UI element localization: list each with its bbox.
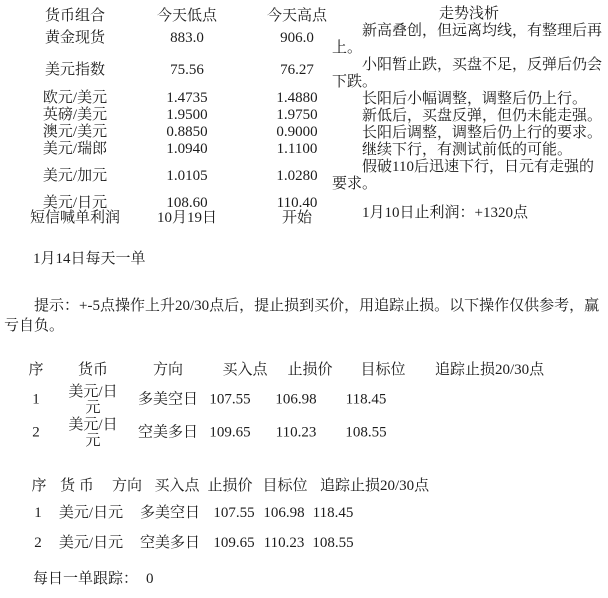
order-stop: 110.23 — [264, 535, 305, 552]
order-seq: 1 — [32, 392, 40, 409]
pair-low: 1.4735 — [166, 90, 207, 107]
order-table-header-row: 序 货币 方向 买入点 止损价 目标位 追踪止损20/30点 — [0, 362, 608, 379]
header-target: 目标位 — [262, 478, 307, 495]
pair-name: 美元/瑞郎 — [43, 141, 107, 158]
order-direction: 多美空日 — [138, 392, 198, 409]
pair-high: 1.1100 — [277, 141, 318, 158]
order-stop: 110.23 — [276, 425, 317, 442]
analysis-gold: 新高叠创，但远离均线，有整理后再上。 — [332, 23, 606, 57]
trend-analysis-column: 走势浅析 新高叠创，但远离均线，有整理后再上。 小阳暂止跌，买盘不足，反弹后仍会… — [332, 6, 606, 222]
header-currency: 货 币 — [60, 478, 94, 495]
analysis-gbpusd: 新低后，买盘反弹，但仍未能走强。 — [332, 108, 606, 125]
pair-low: 883.0 — [170, 30, 204, 47]
order-seq: 2 — [34, 535, 42, 552]
order-entry: 107.55 — [213, 505, 254, 522]
header-stop: 止损价 — [287, 362, 332, 379]
pair-high: 1.0280 — [276, 168, 317, 185]
table-row: 1 美元/日元 多美空日 107.55 106.98 118.45 — [0, 383, 608, 417]
tracking-value: 0 — [146, 571, 154, 587]
analysis-title: 走势浅析 — [332, 6, 606, 23]
pair-low: 0.8850 — [166, 124, 207, 141]
table-row: 1 美元/日元 多美空日 107.55 106.98 118.45 — [0, 505, 608, 522]
analysis-usdchf: 继续下行，有测试前低的可能。 — [332, 142, 606, 159]
table-row: 短信喊单利润 10月19日 开始 — [0, 210, 332, 227]
table-row: 英磅/美元 1.9500 1.9750 — [0, 107, 332, 124]
order-currency: 美元/日元 — [64, 417, 122, 449]
analysis-eurusd: 长阳后小幅调整，调整后仍上行。 — [332, 91, 606, 108]
header-pair: 货币组合 — [45, 8, 105, 25]
pair-high: 1.9750 — [276, 107, 317, 124]
order-entry: 109.65 — [213, 535, 254, 552]
header-stop: 止损价 — [207, 478, 252, 495]
daily-tracking-line: 每日一单跟踪：0 — [33, 571, 154, 588]
order-entry: 107.55 — [209, 392, 250, 409]
header-entry: 买入点 — [222, 362, 267, 379]
pair-low: 1.9500 — [166, 107, 207, 124]
header-today-low: 今天低点 — [157, 8, 217, 25]
order-currency: 美元/日元 — [64, 384, 122, 416]
header-seq: 序 — [28, 362, 43, 379]
order-stop: 106.98 — [263, 505, 304, 522]
header-direction: 方向 — [112, 478, 142, 495]
pair-name: 英磅/美元 — [43, 107, 107, 124]
table-row: 2 美元/日元 空美多日 109.65 110.23 108.55 — [0, 535, 608, 552]
pair-name: 澳元/美元 — [43, 124, 107, 141]
header-seq: 序 — [31, 478, 46, 495]
order-table-header-row: 序 货 币 方向 买入点 止损价 目标位 追踪止损20/30点 — [0, 478, 608, 495]
table-row: 美元/瑞郎 1.0940 1.1100 — [0, 141, 332, 158]
order-direction: 空美多日 — [138, 425, 198, 442]
order-currency: 美元/日元 — [59, 505, 123, 522]
order-target: 118.45 — [313, 505, 354, 522]
header-entry: 买入点 — [154, 478, 199, 495]
pair-low: 1.0940 — [166, 141, 207, 158]
order-seq: 2 — [32, 425, 40, 442]
pair-name: 欧元/美元 — [43, 90, 107, 107]
market-table-header-row: 货币组合 今天低点 今天高点 — [0, 8, 332, 25]
pair-high: 1.4880 — [276, 90, 317, 107]
header-currency: 货币 — [78, 362, 108, 379]
profit-note: 1月10日止利润：+1320点 — [332, 205, 606, 222]
header-trailing-stop: 追踪止损20/30点 — [320, 478, 429, 495]
header-trailing-stop: 追踪止损20/30点 — [435, 362, 544, 379]
tracking-label: 每日一单跟踪： — [33, 571, 138, 587]
header-today-high: 今天高点 — [267, 8, 327, 25]
pair-low: 75.56 — [170, 62, 204, 79]
pair-high: 76.27 — [280, 62, 314, 79]
pair-low: 1.0105 — [166, 168, 207, 185]
sms-profit-date: 10月19日 — [157, 210, 217, 227]
header-direction: 方向 — [153, 362, 183, 379]
pair-name: 黄金现货 — [45, 30, 105, 47]
header-target: 目标位 — [360, 362, 405, 379]
pair-name: 美元/加元 — [43, 168, 107, 185]
pair-high: 0.9000 — [276, 124, 317, 141]
table-row: 欧元/美元 1.4735 1.4880 — [0, 90, 332, 107]
order-target: 108.55 — [345, 425, 386, 442]
table-row: 黄金现货 883.0 906.0 — [0, 30, 332, 47]
forex-daily-report-page: 货币组合 今天低点 今天高点 黄金现货 883.0 906.0 美元指数 75.… — [0, 0, 608, 598]
table-row: 澳元/美元 0.8850 0.9000 — [0, 124, 332, 141]
order-direction: 空美多日 — [140, 535, 200, 552]
order-stop: 106.98 — [275, 392, 316, 409]
daily-order-title: 1月14日每天一单 — [33, 251, 146, 268]
pair-name: 美元指数 — [45, 62, 105, 79]
table-row: 美元指数 75.56 76.27 — [0, 62, 332, 79]
analysis-usd-index: 小阳暂止跌，买盘不足，反弹后仍会下跌。 — [332, 57, 606, 91]
table-row: 美元/加元 1.0105 1.0280 — [0, 168, 332, 185]
table-row: 2 美元/日元 空美多日 109.65 110.23 108.55 — [0, 416, 608, 450]
order-entry: 109.65 — [209, 425, 250, 442]
order-seq: 1 — [34, 505, 42, 522]
order-target: 108.55 — [312, 535, 353, 552]
sms-profit-label: 短信喊单利润 — [30, 210, 120, 227]
order-direction: 多美空日 — [140, 505, 200, 522]
sms-profit-start: 开始 — [282, 210, 312, 227]
order-currency: 美元/日元 — [59, 535, 123, 552]
pair-high: 906.0 — [280, 30, 314, 47]
analysis-usdjpy: 假破110后迅速下行，日元有走强的要求。 — [332, 159, 606, 193]
operation-tip: 提示：+-5点操作上升20/30点后，提止损到买价，用追踪止损。以下操作仅供参考… — [4, 296, 602, 336]
order-target: 118.45 — [346, 392, 387, 409]
analysis-audusd: 长阳后调整，调整后仍上行的要求。 — [332, 125, 606, 142]
